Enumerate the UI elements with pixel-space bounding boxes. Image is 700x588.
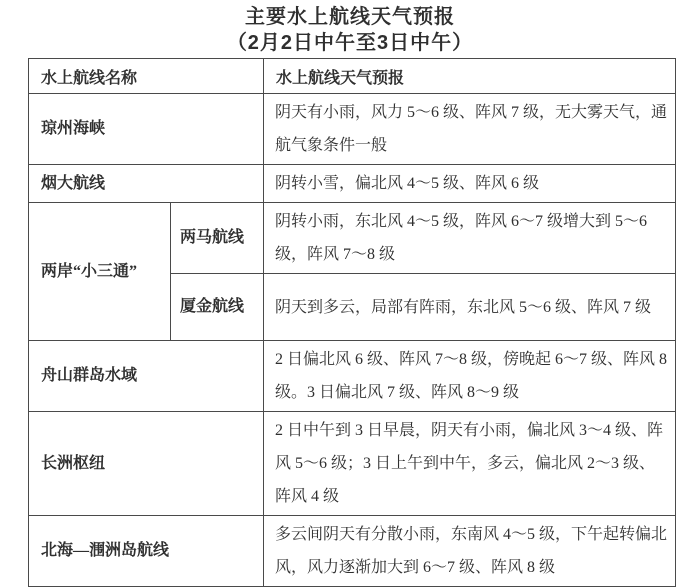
route-name-cell: 北海—涠洲岛航线 bbox=[29, 516, 264, 587]
route-name-cell: 舟山群岛水域 bbox=[29, 341, 264, 412]
route-name-cell: 烟大航线 bbox=[29, 165, 264, 203]
header-route-forecast: 水上航线天气预报 bbox=[264, 59, 676, 94]
table-row: 北海—涠洲岛航线 多云间阴天有分散小雨，东南风 4～5 级，下午起转偏北风，风力… bbox=[29, 516, 676, 587]
table-row: 舟山群岛水域 2 日偏北风 6 级、阵风 7～8 级，傍晚起 6～7 级、阵风 … bbox=[29, 341, 676, 412]
route-subname-cell: 两马航线 bbox=[171, 203, 264, 274]
route-group-name-cell: 两岸“小三通” bbox=[29, 203, 171, 341]
table-row: 长洲枢纽 2 日中午到 3 日早晨，阴天有小雨，偏北风 3～4 级、阵风 5～6… bbox=[29, 412, 676, 516]
header-route-name: 水上航线名称 bbox=[29, 59, 264, 94]
route-forecast-cell: 多云间阴天有分散小雨，东南风 4～5 级，下午起转偏北风，风力逐渐加大到 6～7… bbox=[264, 516, 676, 587]
table-header-row: 水上航线名称 水上航线天气预报 bbox=[29, 59, 676, 94]
table-row: 烟大航线 阴转小雪，偏北风 4～5 级、阵风 6 级 bbox=[29, 165, 676, 203]
route-forecast-cell: 2 日偏北风 6 级、阵风 7～8 级，傍晚起 6～7 级、阵风 8 级。3 日… bbox=[264, 341, 676, 412]
route-forecast-cell: 阴转小雪，偏北风 4～5 级、阵风 6 级 bbox=[264, 165, 676, 203]
forecast-document: 主要水上航线天气预报 （2月2日中午至3日中午） 水上航线名称 水上航线天气预报… bbox=[0, 0, 700, 588]
route-name-cell: 长洲枢纽 bbox=[29, 412, 264, 516]
table-row: 琼州海峡 阴天有小雨，风力 5～6 级、阵风 7 级，无大雾天气，通航气象条件一… bbox=[29, 94, 676, 165]
route-forecast-cell: 阴天到多云，局部有阵雨，东北风 5～6 级、阵风 7 级 bbox=[264, 274, 676, 341]
page-subtitle: （2月2日中午至3日中午） bbox=[0, 30, 700, 56]
route-forecast-cell: 阴天有小雨，风力 5～6 级、阵风 7 级，无大雾天气，通航气象条件一般 bbox=[264, 94, 676, 165]
page-title: 主要水上航线天气预报 bbox=[0, 4, 700, 30]
route-subname-cell: 厦金航线 bbox=[171, 274, 264, 341]
route-name-cell: 琼州海峡 bbox=[29, 94, 264, 165]
title-block: 主要水上航线天气预报 （2月2日中午至3日中午） bbox=[0, 4, 700, 56]
route-forecast-cell: 阴转小雨，东北风 4～5 级，阵风 6～7 级增大到 5～6 级，阵风 7～8 … bbox=[264, 203, 676, 274]
forecast-table: 水上航线名称 水上航线天气预报 琼州海峡 阴天有小雨，风力 5～6 级、阵风 7… bbox=[28, 58, 676, 587]
table-row: 两岸“小三通” 两马航线 阴转小雨，东北风 4～5 级，阵风 6～7 级增大到 … bbox=[29, 203, 676, 274]
route-forecast-cell: 2 日中午到 3 日早晨，阴天有小雨，偏北风 3～4 级、阵风 5～6 级；3 … bbox=[264, 412, 676, 516]
